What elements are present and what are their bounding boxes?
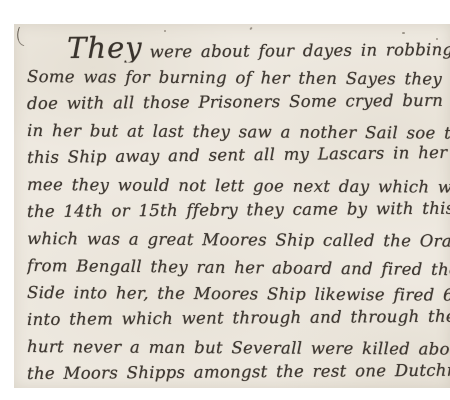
manuscript-text: Theywere about four dayes in robbing of … (27, 33, 450, 387)
manuscript-line: the Moors Shipps amongst the rest one Du… (27, 357, 450, 387)
manuscript-scan: Theywere about four dayes in robbing of … (0, 0, 450, 400)
manuscript-line: Theywere about four dayes in robbing of … (67, 30, 450, 63)
manuscript-line: the 14th or 15th ffebry they came by wit… (27, 195, 450, 225)
manuscript-line-text: were about four dayes in robbing of this… (150, 39, 450, 61)
ink-speck (249, 27, 252, 31)
manuscript-paper: Theywere about four dayes in robbing of … (14, 24, 450, 388)
manuscript-line: into them which went through and through… (27, 303, 450, 333)
opening-swash-word: They (67, 30, 143, 63)
manuscript-line: this Ship away and sent all my Lascars i… (27, 139, 450, 171)
manuscript-line: which was a great Moores Ship called the… (27, 225, 450, 255)
manuscript-line: doe with all those Prisoners Some cryed … (27, 87, 450, 117)
